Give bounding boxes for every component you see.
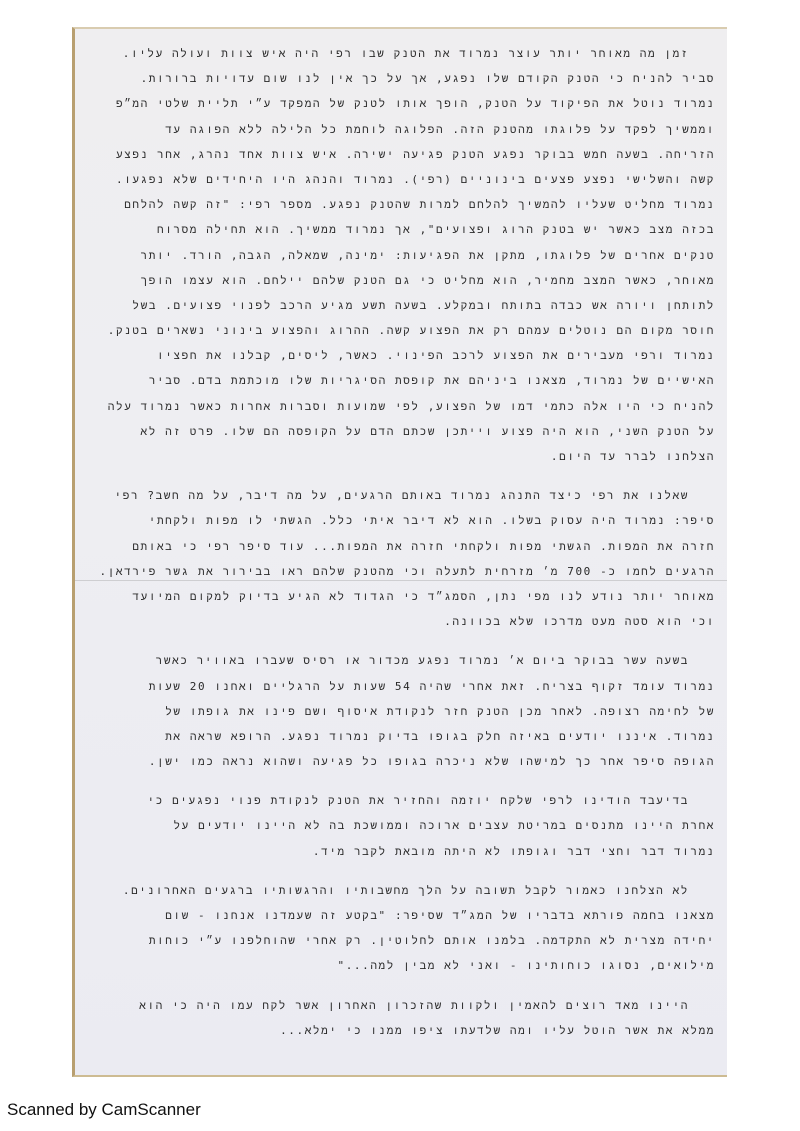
text-line: מילואים, נסוגו כוחותינו - ואני לא מבין ל… xyxy=(85,953,715,978)
paragraph-gap xyxy=(85,979,715,993)
text-line: וממשיך לפקד על פלוגתו מהטנק הזה. הפלוגה … xyxy=(85,117,715,142)
text-line: הצלחנו לברר עד היום. xyxy=(85,444,715,469)
text-line: הזריחה. בשעה חמש בבוקר נפגע הטנק פגיעה י… xyxy=(85,142,715,167)
text-line: מאוחר יותר נודע לנו מפי נתן, הסמג״ד כי ה… xyxy=(85,584,715,609)
text-line: סיפר: נמרוד היה עסוק בשלו. הוא לא דיבר א… xyxy=(85,508,715,533)
text-line: נמרוד דבר וחצי דבר וגופתו לא היתה מובאת … xyxy=(85,839,715,864)
text-line: נמרוד ורפי מעבירים את הפצוע לרכב הפינוי.… xyxy=(85,343,715,368)
text-line: בכזה מצב כאשר יש בטנק הרוג ופצועים", אך … xyxy=(85,217,715,242)
paragraph-gap xyxy=(85,774,715,788)
paragraph: היינו מאד רוצים להאמין ולקוות שהזכרון הא… xyxy=(85,993,715,1043)
text-line: נמרוד מחליט שעליו להמשיך להלחם למרות שהט… xyxy=(85,192,715,217)
text-line: חזרה את המפות. הגשתי מפות ולקחתי חזרה את… xyxy=(85,534,715,559)
text-line: נמרוד נוטל את הפיקוד על הטנק, הופך אותו … xyxy=(85,91,715,116)
paragraph-gap xyxy=(85,469,715,483)
text-line: על הטנק השני, הוא היה פצוע וייתכן שכתם ה… xyxy=(85,419,715,444)
text-line: האישיים של נמרוד, מצאנו ביניהם את קופסת … xyxy=(85,368,715,393)
text-line: לתותחן ויורה אש כבדה בתותח ובמקלע. בשעה … xyxy=(85,293,715,318)
text-line: שאלנו את רפי כיצד התנהג נמרוד באותם הרגע… xyxy=(85,483,715,508)
text-line: להניח כי היו אלה כתמי דמו של הפצוע, לפי … xyxy=(85,394,715,419)
text-line: הרגעים לחמו כ- 700 מ׳ מזרחית לתעלה וכי מ… xyxy=(85,559,715,584)
text-line: זמן מה מאוחר יותר עוצר נמרוד את הטנק שבו… xyxy=(85,41,715,66)
text-line: טנקים אחרים של פלוגתו, מתקן את הפגיעות: … xyxy=(85,243,715,268)
paragraph-gap xyxy=(85,864,715,878)
text-line: קשה והשלישי נפצע פצעים בינוניים (רפי). נ… xyxy=(85,167,715,192)
text-line: יחידה מצרית לא התקדמה. בלמנו אותם לחלוטי… xyxy=(85,928,715,953)
text-line: נמרוד עומד זקוף בצריח. זאת אחרי שהיה 54 … xyxy=(85,674,715,699)
text-line: חוסר מקום הם נוטלים עמהם רק את הפצוע קשה… xyxy=(85,318,715,343)
text-line: של לחימה רצופה. לאחר מכן הטנק חזר לנקודת… xyxy=(85,699,715,724)
text-line: בדיעבד הודינו לרפי שלקח יוזמה והחזיר את … xyxy=(85,788,715,813)
scanned-page: זמן מה מאוחר יותר עוצר נמרוד את הטנק שבו… xyxy=(72,27,727,1077)
scanner-watermark: Scanned by CamScanner xyxy=(7,1100,201,1120)
text-line: היינו מאד רוצים להאמין ולקוות שהזכרון הא… xyxy=(85,993,715,1018)
paragraph: שאלנו את רפי כיצד התנהג נמרוד באותם הרגע… xyxy=(85,483,715,634)
text-line: נמרוד. איננו יודעים באיזה חלק בגופו בדיו… xyxy=(85,724,715,749)
text-line: הגופה סיפר אחר כך למישהו שלא ניכרה בגופו… xyxy=(85,749,715,774)
paragraph: בדיעבד הודינו לרפי שלקח יוזמה והחזיר את … xyxy=(85,788,715,864)
text-line: סביר להניח כי הטנק הקודם שלו נפגע, אך על… xyxy=(85,66,715,91)
text-line: מאוחר, כאשר המצב מחמיר, הוא מחליט כי גם … xyxy=(85,268,715,293)
document-body: זמן מה מאוחר יותר עוצר נמרוד את הטנק שבו… xyxy=(85,41,715,1043)
paragraph: בשעה עשר בבוקר ביום א׳ נמרוד נפגע מכדור … xyxy=(85,648,715,774)
text-line: וכי הוא סטה מעט מדרכו שלא בכוונה. xyxy=(85,609,715,634)
text-line: אחרת היינו מתנסים במריטת עצבים ארוכה וממ… xyxy=(85,813,715,838)
text-line: מצאנו בחמה פורתא בדבריו של המג״ד שסיפר: … xyxy=(85,903,715,928)
paragraph: לא הצלחנו כאמור לקבל תשובה על הלך מחשבות… xyxy=(85,878,715,979)
text-line: לא הצלחנו כאמור לקבל תשובה על הלך מחשבות… xyxy=(85,878,715,903)
text-line: ממלא את אשר הוטל עליו ומה שלדעתו ציפו ממ… xyxy=(85,1018,715,1043)
paragraph-gap xyxy=(85,634,715,648)
paragraph: זמן מה מאוחר יותר עוצר נמרוד את הטנק שבו… xyxy=(85,41,715,469)
text-line: בשעה עשר בבוקר ביום א׳ נמרוד נפגע מכדור … xyxy=(85,648,715,673)
